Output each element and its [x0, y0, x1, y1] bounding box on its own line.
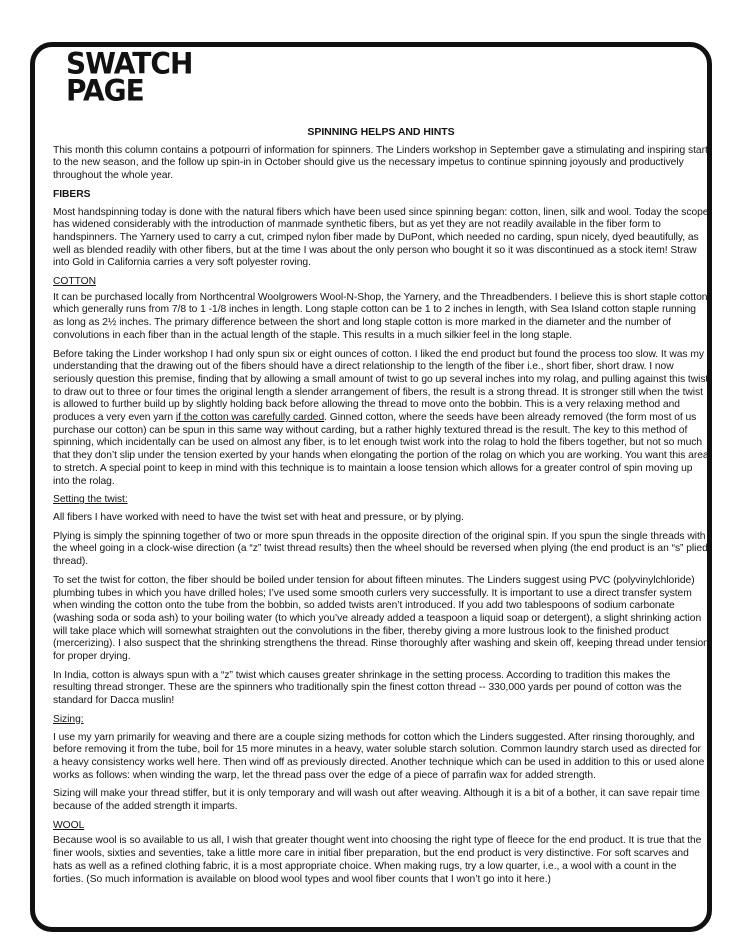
cotton-underlined-phrase: if the cotton was carefully carded [176, 412, 324, 423]
setting-twist-paragraph-4: In India, cotton is always spun with a “… [53, 670, 709, 708]
setting-twist-paragraph-1: All fibers I have worked with need to ha… [53, 512, 709, 525]
sizing-paragraph-1: I use my yarn primarily for weaving and … [53, 732, 709, 783]
sizing-heading: Sizing: [53, 714, 709, 727]
cotton-heading: COTTON [53, 276, 709, 289]
wool-paragraph-1: Because wool is so available to us all, … [53, 835, 709, 886]
fibers-paragraph-1: Most handspinning today is done with the… [53, 207, 709, 271]
intro-paragraph: This month this column contains a potpou… [53, 145, 709, 183]
wool-heading: WOOL [53, 820, 709, 833]
setting-twist-paragraph-2: Plying is simply the spinning together o… [53, 531, 709, 569]
article-body: SPINNING HELPS AND HINTS This month this… [53, 126, 709, 892]
cotton-paragraph-2-part-b: . Ginned cotton, where the seeds have be… [53, 412, 709, 487]
fibers-heading: FIBERS [53, 189, 709, 202]
setting-twist-paragraph-3: To set the twist for cotton, the fiber s… [53, 575, 709, 664]
setting-twist-heading: Setting the twist: [53, 494, 709, 507]
cotton-paragraph-2: Before taking the Linder workshop I had … [53, 349, 709, 489]
cotton-paragraph-1: It can be purchased locally from Northce… [53, 292, 709, 343]
masthead: SWATCH PAGE [66, 50, 192, 104]
sizing-paragraph-2: Sizing will make your thread stiffer, bu… [53, 788, 709, 813]
masthead-line-2: PAGE [66, 76, 192, 104]
article-title: SPINNING HELPS AND HINTS [53, 126, 709, 139]
